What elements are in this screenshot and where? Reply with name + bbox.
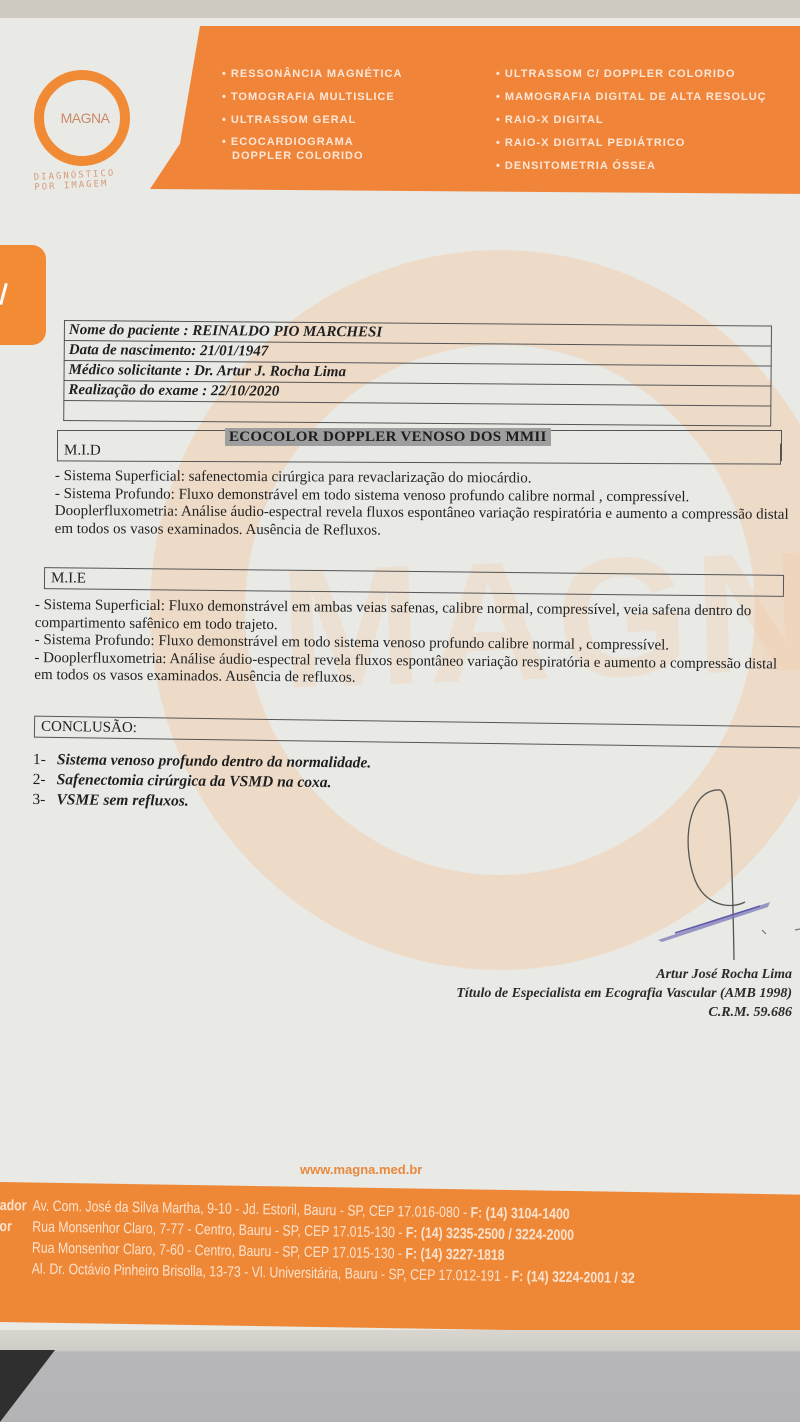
- service-item: • RAIO-X DIGITAL PEDIÁTRICO: [496, 135, 767, 151]
- empty-row: [63, 401, 771, 427]
- service-item: • MAMOGRAFIA DIGITAL DE ALTA RESOLUÇ: [496, 89, 767, 105]
- tab-mark-icon: [0, 283, 8, 305]
- signer-block: Artur José Rocha Lima Título de Especial…: [456, 965, 792, 1022]
- conclusion-label: CONCLUSÃO:: [34, 716, 800, 749]
- mie-findings: - Sistema Superficial: Fluxo demonstráve…: [34, 597, 795, 691]
- mid-doppler: Dooplerfluxometria: Análise áudio-espect…: [55, 503, 800, 542]
- paper-top-edge: [0, 0, 800, 18]
- desk-surface: [0, 1330, 800, 1422]
- mie-doppler: - Dooplerfluxometria: Análise áudio-espe…: [34, 649, 794, 691]
- conclusion-item: 3-VSME sem refluxos.: [32, 790, 371, 814]
- mid-findings: - Sistema Superficial: safenectomia cirú…: [55, 468, 800, 542]
- mid-section-label: M.I.D: [57, 440, 781, 464]
- logo-tagline: DIAGNÓSTICO POR IMAGEM: [34, 167, 145, 193]
- logo-name: MAGNA: [50, 110, 120, 126]
- patient-info-table: Nome do paciente : REINALDO PIO MARCHESI…: [63, 320, 772, 427]
- signer-name: Artur José Rocha Lima: [456, 965, 792, 984]
- exam-report-page: MAGNA MAGNA DIAGNÓSTICO POR IMAGEM • RES…: [0, 0, 800, 1350]
- side-orange-tab: [0, 245, 46, 345]
- services-list-right: • ULTRASSOM C/ DOPPLER COLORIDO • MAMOGR…: [496, 66, 767, 181]
- signer-title: Título de Especialista em Ecografia Vasc…: [456, 984, 792, 1003]
- service-item: • TOMOGRAFIA MULTISLICE: [222, 89, 402, 105]
- service-item: • ECOCARDIOGRAMA: [222, 135, 402, 149]
- footer-addresses: adorAv. Com. José da Silva Martha, 9-10 …: [0, 1195, 656, 1289]
- services-list-left: • RESSONÂNCIA MAGNÉTICA • TOMOGRAFIA MUL…: [222, 66, 402, 170]
- handwritten-signature-icon: [620, 780, 800, 960]
- service-item: • RAIO-X DIGITAL: [496, 112, 767, 128]
- service-item: • RESSONÂNCIA MAGNÉTICA: [222, 66, 402, 82]
- dark-corner: [0, 1350, 55, 1422]
- service-item: • ULTRASSOM C/ DOPPLER COLORIDO: [496, 66, 767, 82]
- mie-section-label: M.I.E: [44, 567, 784, 597]
- service-item: • DENSITOMETRIA ÓSSEA: [496, 158, 767, 174]
- service-item: • ULTRASSOM GERAL: [222, 112, 402, 128]
- signer-crm: C.R.M. 59.686: [456, 1003, 792, 1022]
- service-item-continued: DOPPLER COLORIDO: [222, 149, 402, 163]
- conclusion-list: 1-Sistema venoso profundo dentro da norm…: [32, 750, 371, 814]
- website-link[interactable]: www.magna.med.br: [300, 1162, 422, 1177]
